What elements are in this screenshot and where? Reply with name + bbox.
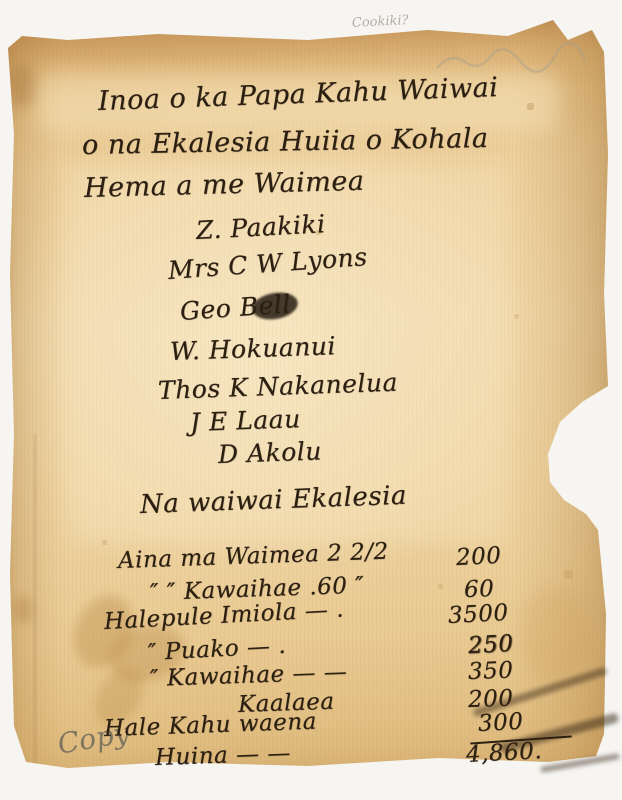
- foxing-spots: [8, 14, 9, 15]
- pencil-note-top: Cookiki?: [352, 13, 409, 31]
- ledger-amount-2: 60: [464, 576, 495, 603]
- vertical-crease: [34, 434, 36, 774]
- ledger-item-8: Huina — —: [155, 740, 292, 771]
- scan-background: Cookiki? Copy Inoa o ka Papa Kahu Waiwai…: [0, 0, 622, 800]
- name-7: D Akolu: [217, 436, 322, 469]
- ledger-amount-4: 250: [467, 631, 514, 659]
- name-4: W. Hokuanui: [169, 331, 336, 366]
- name-6: J E Laau: [189, 404, 301, 437]
- stain-top-left: [8, 64, 34, 108]
- stain-right-mid: [520, 586, 590, 681]
- stain-left-edge: [14, 596, 32, 624]
- ledger-amount-1: 200: [455, 543, 502, 571]
- ledger-amount-5: 350: [468, 657, 514, 685]
- ledger-amount-3: 3500: [447, 600, 509, 629]
- pencil-scribble-top-right: [432, 38, 592, 78]
